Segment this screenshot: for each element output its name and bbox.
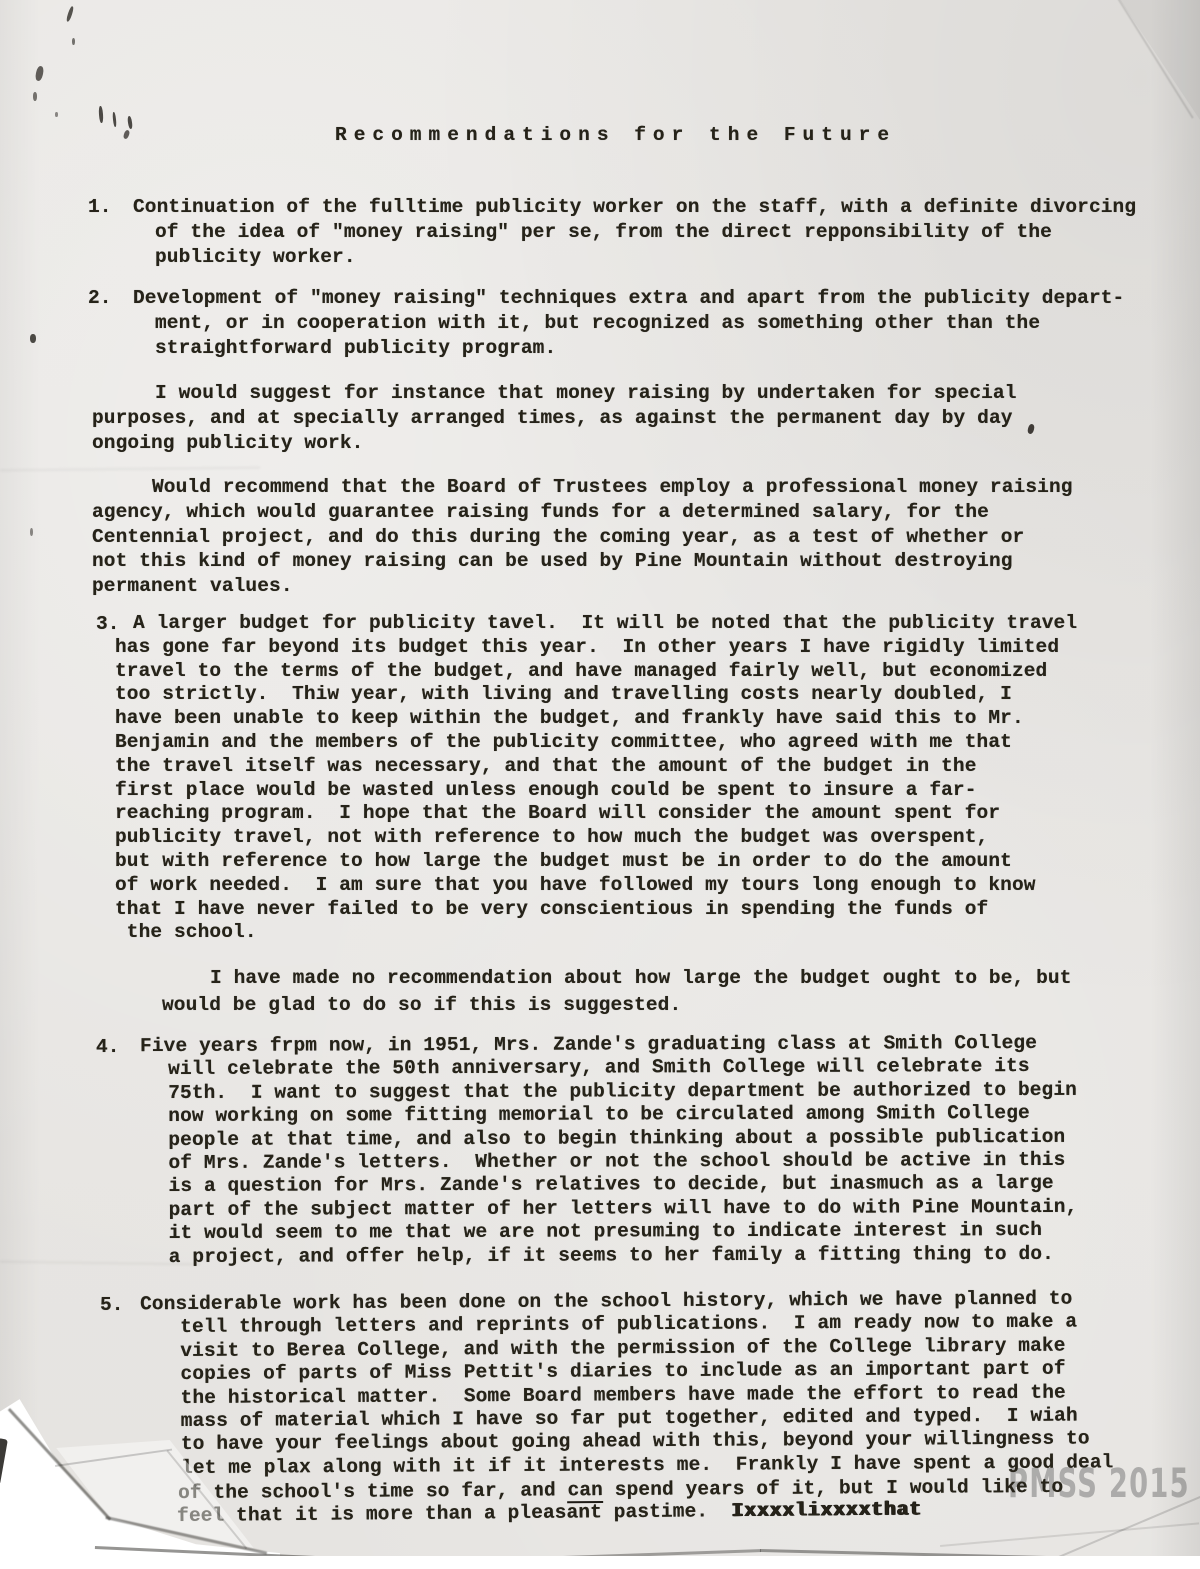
list-item-number: 2. (88, 286, 112, 311)
ink-speck (55, 112, 58, 117)
list-item-paragraph: Development of "money raising" technique… (155, 286, 1124, 361)
pen-mark (98, 106, 103, 123)
scan-background (0, 1556, 1200, 1569)
list-item-number: 4. (96, 1035, 120, 1060)
list-item-number: 5. (100, 1293, 124, 1318)
line-text: feel that it is more than a pleasant pas… (177, 1500, 732, 1527)
ink-speck (66, 6, 75, 22)
list-item-paragraph: Five years frpm now, in 1951, Mrs. Zande… (168, 1032, 1078, 1269)
list-item-paragraph: Would recommend that the Board of Truste… (92, 475, 1073, 599)
strikeout-text: Ixxxxlixxxxthat (732, 1498, 923, 1522)
list-item-number: 1. (88, 195, 112, 220)
ink-speck (33, 92, 37, 101)
ink-speck (35, 65, 45, 81)
list-item-paragraph: I would suggest for instance that money … (92, 381, 1017, 456)
ink-speck (72, 38, 75, 45)
ink-speck (30, 334, 36, 343)
list-item-paragraph: A larger budget for publicity tavel. It … (115, 612, 1077, 945)
list-item-paragraph: Continuation of the fulltime publicity w… (155, 195, 1136, 270)
document-title: Recommendations for the Future (335, 124, 896, 146)
line-text: spend years of it, but I would like to (603, 1476, 1063, 1501)
list-item-paragraph: Considerable work has been done on the s… (180, 1287, 1113, 1480)
scanned-document-page: PMSS 2015 Recommendations for the Future… (0, 0, 1200, 1569)
pen-mark (112, 112, 117, 127)
list-item-paragraph: I have made no recommendation about how … (162, 965, 1072, 1019)
crease-line (940, 1522, 1199, 1546)
pen-mark (127, 116, 133, 129)
ink-speck (30, 528, 33, 536)
crease-line (0, 467, 260, 472)
list-item-line: feel that it is more than a pleasant pas… (177, 1497, 922, 1529)
ink-speck (1027, 423, 1035, 434)
pen-mark (123, 129, 131, 139)
